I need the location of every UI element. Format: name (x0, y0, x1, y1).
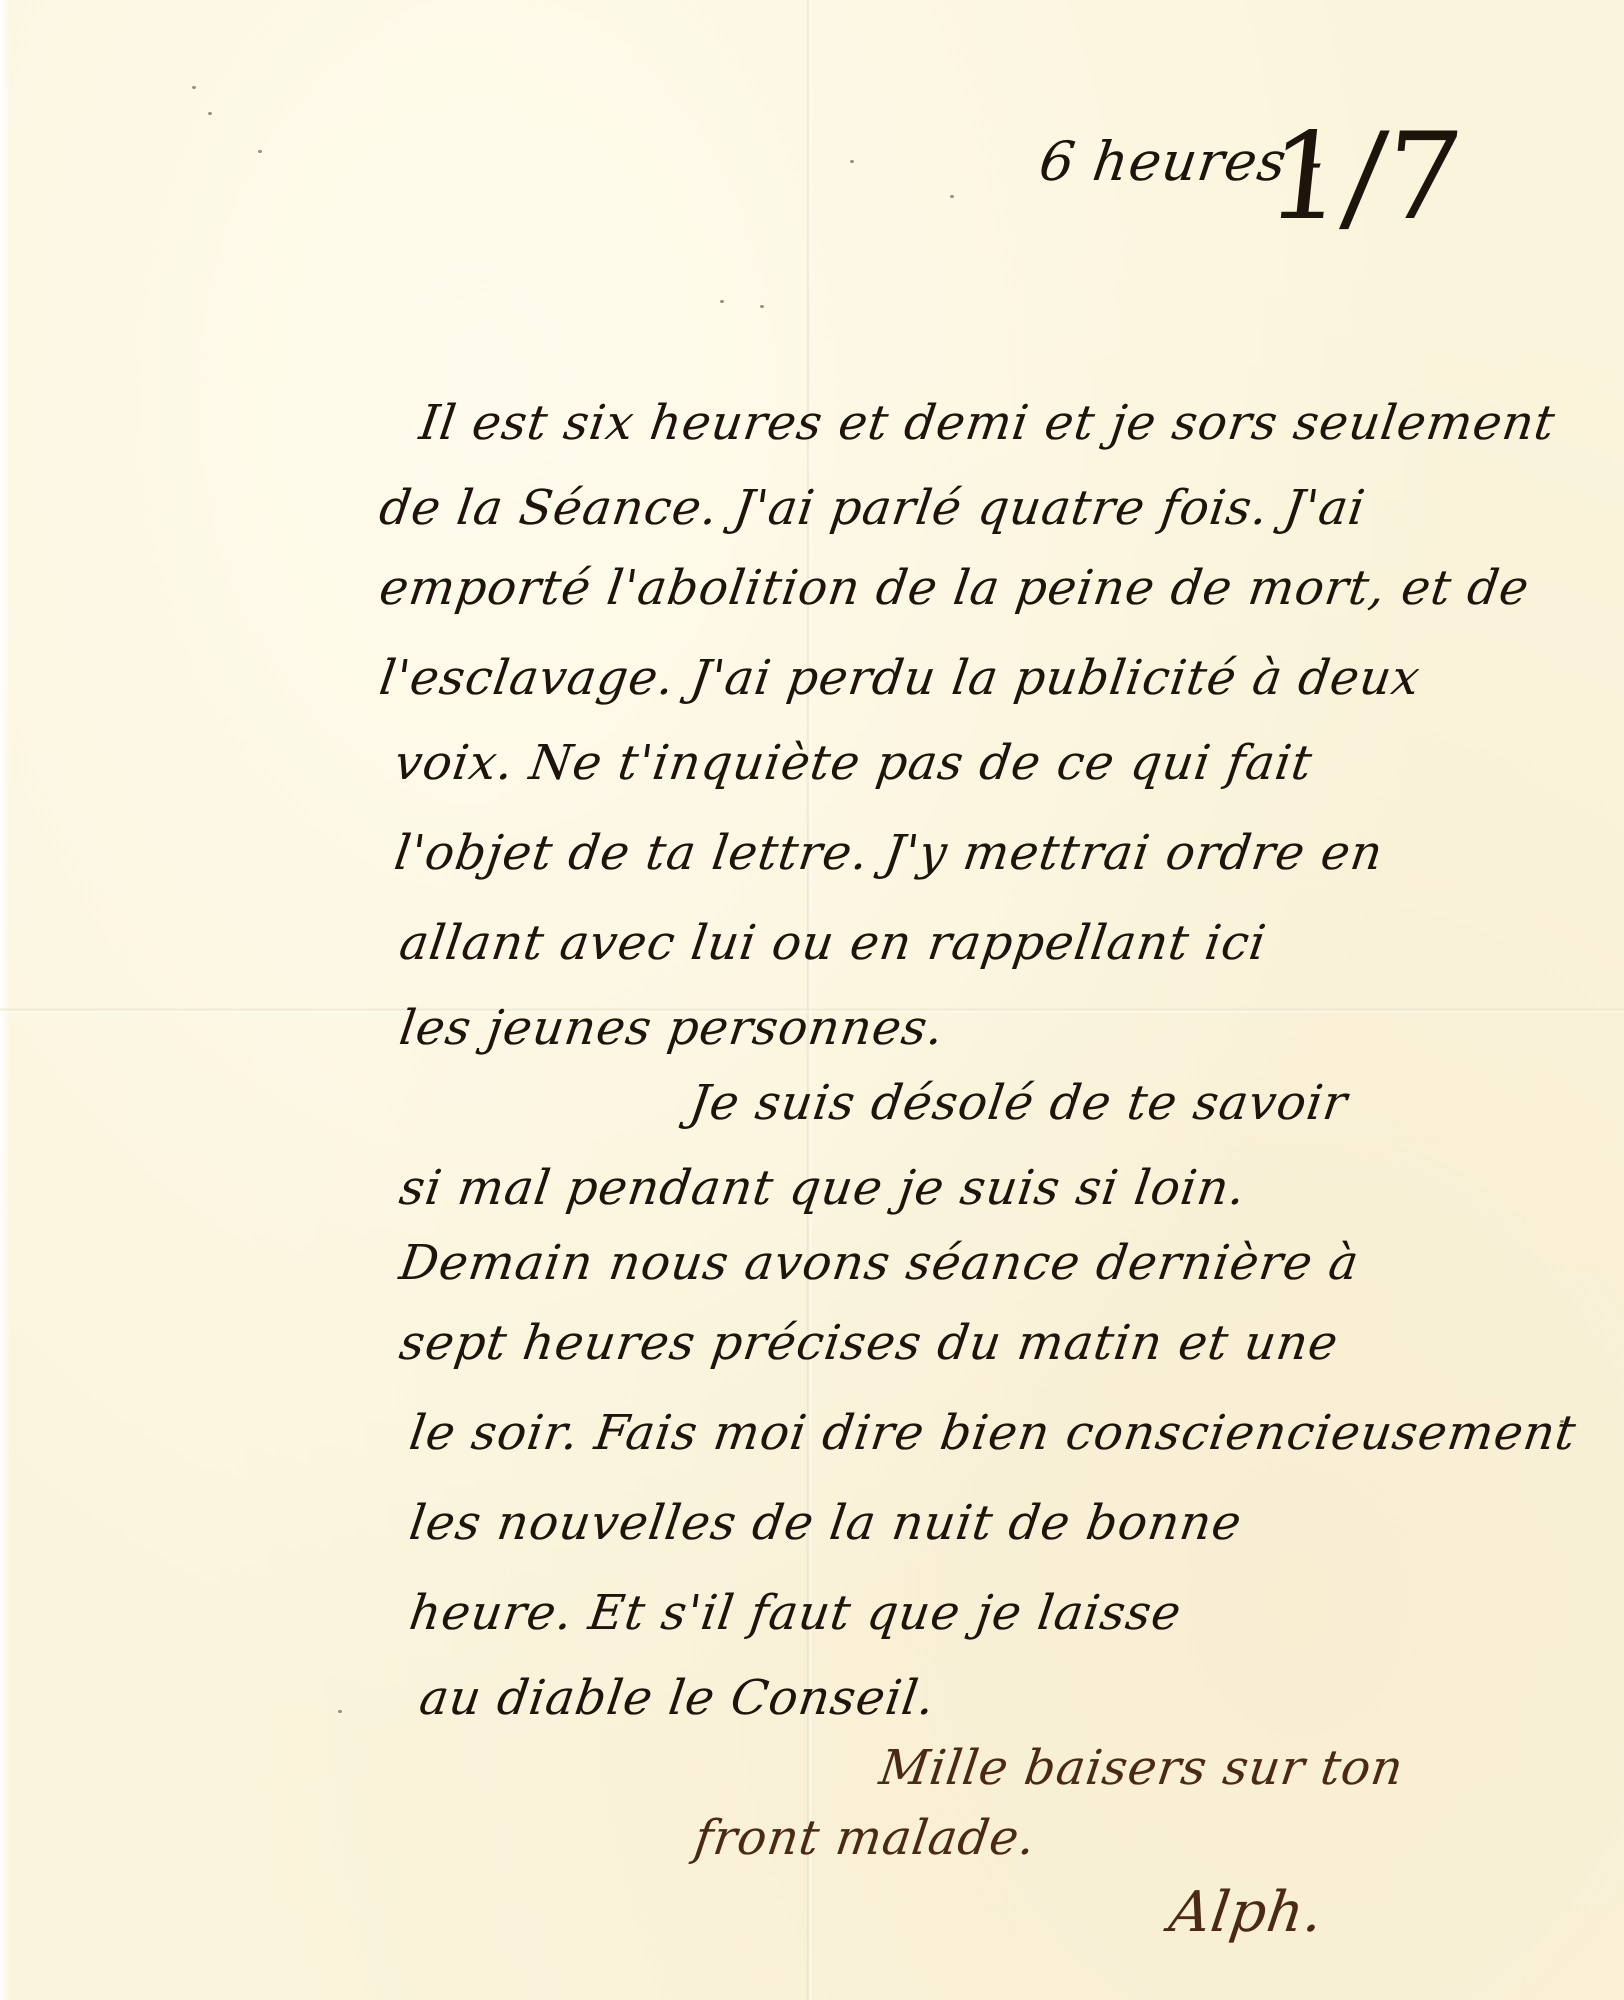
letter-line: allant avec lui ou en rappellant ici (396, 915, 1270, 971)
letter-signature: Alph. (1165, 1880, 1327, 1945)
letter-date-mark: 1/7 (1261, 108, 1469, 247)
letter-closing: front malade. (691, 1810, 1039, 1866)
letter-line: voix. Ne t'inquiète pas de ce qui fait (391, 735, 1316, 791)
letter-line: emporté l'abolition de la peine de mort,… (376, 560, 1533, 616)
letter-line: si mal pendant que je suis si loin. (396, 1160, 1249, 1216)
ink-speck (192, 86, 196, 89)
letter-line: au diable le Conseil. (416, 1670, 939, 1726)
letter-line: le soir. Fais moi dire bien consciencieu… (406, 1405, 1580, 1461)
letter-line: de la Séance. J'ai parlé quatre fois. J'… (376, 480, 1369, 536)
letter-line: Demain nous avons séance dernière à (396, 1235, 1363, 1291)
ink-speck (760, 305, 764, 308)
ink-speck (720, 300, 724, 303)
letter-line: l'esclavage. J'ai perdu la publicité à d… (376, 650, 1424, 706)
paper-edge (0, 0, 10, 2000)
letter-closing: Mille baisers sur ton (876, 1740, 1407, 1796)
ink-speck (258, 150, 262, 153)
letter-line: sept heures précises du matin et une (396, 1315, 1342, 1371)
letter-page: 6 heures - 1/7 Il est six heures et demi… (0, 0, 1624, 2000)
ink-speck (850, 160, 854, 163)
letter-line: heure. Et s'il faut que je laisse (406, 1585, 1185, 1641)
letter-line: Il est six heures et demi et je sors seu… (416, 395, 1559, 451)
ink-speck (208, 112, 212, 115)
ink-speck (950, 195, 954, 198)
letter-line: l'objet de ta lettre. J'y mettrai ordre … (391, 825, 1387, 881)
letter-line: les jeunes personnes. (396, 1000, 948, 1056)
letter-line: Je suis désolé de te savoir (686, 1075, 1351, 1131)
ink-speck (338, 1710, 342, 1713)
letter-line: les nouvelles de la nuit de bonne (406, 1495, 1245, 1551)
